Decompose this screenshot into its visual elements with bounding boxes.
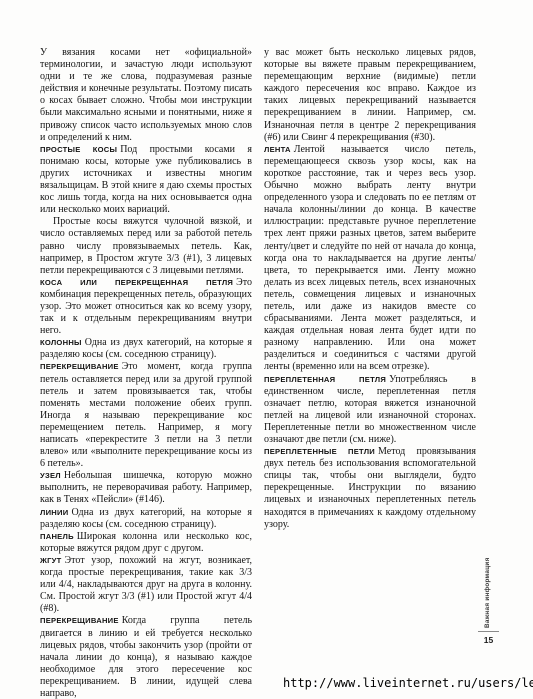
glossary-entry: лентаЛентой называется число петель, пер… <box>264 144 476 374</box>
glossary-term: переплетенные петли <box>264 447 375 456</box>
glossary-term: простые косы <box>40 145 117 154</box>
glossary-definition: Под простыми косами я понимаю косы, кото… <box>40 144 252 215</box>
glossary-definition: Небольшая шишечка, которую можно выполни… <box>40 470 252 505</box>
glossary-term: жгут <box>40 556 62 565</box>
glossary-term: колонны <box>40 338 82 347</box>
glossary-entry: панельШирокая колонна или несколько кос,… <box>40 531 252 555</box>
glossary-entry: перекрещиваниеЭто момент, когда группа п… <box>40 361 252 470</box>
right-column: у вас может быть несколько лицевых рядов… <box>264 47 476 531</box>
glossary-entry: колонныОдна из двух категорий, на которы… <box>40 337 252 361</box>
glossary-definition: Употребляясь в единственном числе, переп… <box>264 374 476 445</box>
glossary-definition: Лентой называется число петель, перемеща… <box>264 144 476 373</box>
glossary-term: перекрещивание <box>40 616 119 625</box>
glossary-entry: линииОдна из двух категорий, на которые … <box>40 507 252 531</box>
glossary-entry: простые косыПод простыми косами я понима… <box>40 144 252 217</box>
glossary-definition-continued: Простые косы вяжутся чулочной вязкой, и … <box>40 216 252 276</box>
glossary-definition: Этот узор, похожий на жгут, возникает, к… <box>40 555 252 614</box>
glossary-entry: перекрещиваниеКогда группа петель двигае… <box>40 615 252 699</box>
glossary-entry: коса или перекрещенная петляЭто комбинац… <box>40 277 252 337</box>
book-page: У вязания косами нет «официальной» терми… <box>0 0 533 699</box>
glossary-term: коса или перекрещенная петля <box>40 278 233 287</box>
glossary-definition: Это момент, когда группа петель оставляе… <box>40 361 252 469</box>
glossary-entry: переплетенные петлиМетод провязывания дв… <box>264 446 476 531</box>
glossary-term: панель <box>40 532 74 541</box>
intro-paragraph: У вязания косами нет «официальной» терми… <box>40 47 252 144</box>
glossary-entry: жгутЭтот узор, похожий на жгут, возникае… <box>40 555 252 615</box>
continuation-paragraph: у вас может быть несколько лицевых рядов… <box>264 47 476 144</box>
chapter-margin-label: Важная информация <box>481 554 495 628</box>
glossary-term: лента <box>264 145 291 154</box>
glossary-definition: Когда группа петель двигается в линию и … <box>40 615 252 699</box>
glossary-entry: переплетенная петляУпотребляясь в единст… <box>264 374 476 447</box>
glossary-definition: Метод провязывания двух петель без испол… <box>264 446 476 530</box>
glossary-term: перекрещивание <box>40 362 119 371</box>
page-number-rule <box>478 631 499 632</box>
page-number: 15 <box>478 635 499 645</box>
left-column: У вязания косами нет «официальной» терми… <box>40 47 252 699</box>
glossary-term: линии <box>40 508 68 517</box>
watermark-url-link[interactable]: http://www.liveinternet.ru/users/lenatt/ <box>283 676 533 690</box>
glossary-term: узел <box>40 471 61 480</box>
glossary-definition: Одна из двух категорий, на которые я раз… <box>40 507 252 530</box>
glossary-entry: узелНебольшая шишечка, которую можно вып… <box>40 470 252 506</box>
glossary-term: переплетенная петля <box>264 375 386 384</box>
